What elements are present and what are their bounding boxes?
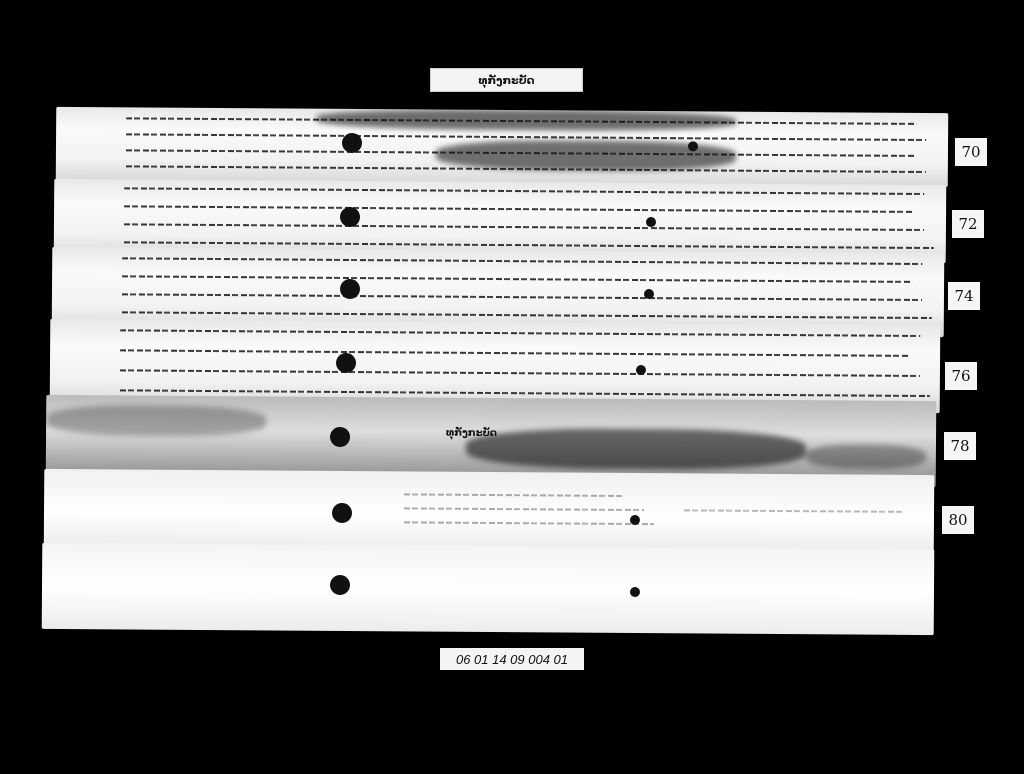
palm-leaf-cover xyxy=(42,543,935,635)
binding-hole xyxy=(340,279,360,299)
page-number-label: 78 xyxy=(944,432,976,460)
manuscript-title-label: ທຸກັງກະບັດ xyxy=(430,68,583,92)
binding-hole xyxy=(342,133,362,153)
binding-hole xyxy=(646,217,656,227)
binding-hole xyxy=(330,575,350,595)
page-number-label: 76 xyxy=(945,362,977,390)
binding-hole xyxy=(630,515,640,525)
binding-hole xyxy=(332,503,352,523)
binding-hole xyxy=(330,427,350,447)
binding-hole xyxy=(630,587,640,597)
binding-hole xyxy=(336,353,356,373)
page-number-label: 72 xyxy=(952,210,984,238)
page-number-label: 70 xyxy=(955,138,987,166)
leaf-heading-text: ທຸກັງກະບັດ xyxy=(446,428,497,439)
binding-hole xyxy=(340,207,360,227)
binding-hole xyxy=(688,141,698,151)
palm-leaf-folio-70 xyxy=(56,107,948,187)
binding-hole xyxy=(636,365,646,375)
binding-hole xyxy=(644,289,654,299)
page-number-label: 74 xyxy=(948,282,980,310)
catalog-id-label: 06 01 14 09 004 01 xyxy=(440,648,584,670)
page-number-label: 80 xyxy=(942,506,974,534)
